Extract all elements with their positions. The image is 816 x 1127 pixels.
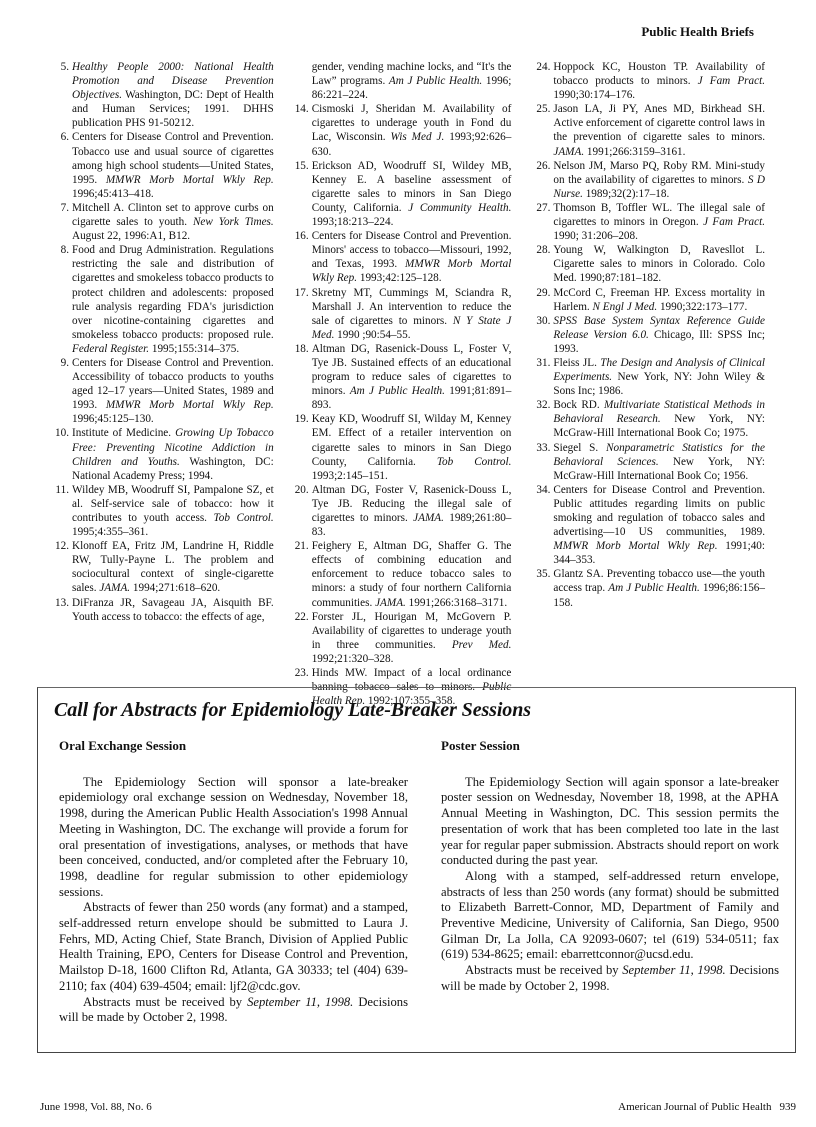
oral-session-column: Oral Exchange Session The Epidemiology S… (59, 738, 408, 1026)
poster-paragraph-1: The Epidemiology Section will again spon… (441, 775, 779, 869)
reference-item: 17.Skretny MT, Cummings M, Sciandra R, M… (292, 286, 512, 342)
reference-number: 34. (533, 483, 550, 497)
reference-text: 1995;155:314–375. (149, 343, 239, 355)
reference-item: 22.Forster JL, Hourigan M, McGovern P. A… (292, 610, 512, 666)
reference-text: 1994;271:618–620. (130, 582, 220, 594)
reference-item: 18.Altman DG, Rasenick-Douss L, Foster V… (292, 342, 512, 412)
reference-source: J Fam Pract. (698, 75, 765, 87)
reference-source: JAMA. (375, 597, 406, 609)
reference-source: MMWR Morb Mortal Wkly Rep. (106, 399, 274, 411)
reference-number: 5. (52, 60, 69, 74)
reference-number: 33. (533, 441, 550, 455)
reference-text: 1990; 31:206–208. (553, 230, 638, 242)
deadline-date: September 11, 1998. (622, 963, 726, 977)
reference-number: 6. (52, 130, 69, 144)
oral-session-heading: Oral Exchange Session (59, 738, 408, 754)
reference-number: 21. (292, 539, 309, 553)
journal-name: American Journal of Public Health (618, 1101, 771, 1113)
reference-text: 1990 ;90:54–55. (334, 329, 410, 341)
reference-number: 12. (52, 539, 69, 553)
reference-number: 17. (292, 286, 309, 300)
reference-number: 11. (52, 483, 69, 497)
reference-number: 9. (52, 356, 69, 370)
reference-item: 24.Hoppock KC, Houston TP. Availability … (533, 60, 765, 102)
reference-number: 14. (292, 102, 309, 116)
reference-list: 5.Healthy People 2000: National Health P… (52, 60, 765, 708)
reference-item: 5.Healthy People 2000: National Health P… (52, 60, 274, 130)
reference-number: 31. (533, 356, 550, 370)
reference-source: Am J Public Health. (389, 75, 482, 87)
reference-source: JAMA. (99, 582, 130, 594)
reference-text: DiFranza JR, Savageau JA, Aisquith BF. Y… (72, 597, 274, 623)
oral-paragraph-2: Abstracts of fewer than 250 words (any f… (59, 900, 408, 994)
reference-item: 11.Wildey MB, Woodruff SI, Pampalone SZ,… (52, 483, 274, 539)
reference-text: August 22, 1996:A1, B12. (72, 230, 190, 242)
reference-number: 19. (292, 412, 309, 426)
reference-item: 29.McCord C, Freeman HP. Excess mortalit… (533, 286, 765, 314)
poster-paragraph-3: Abstracts must be received by September … (441, 963, 779, 994)
reference-text: Siegel S. (553, 442, 606, 454)
reference-item: 12.Klonoff EA, Fritz JM, Landrine H, Rid… (52, 539, 274, 595)
reference-item: 15.Erickson AD, Woodruff SI, Wildey MB, … (292, 159, 512, 229)
reference-text: Institute of Medicine. (72, 427, 175, 439)
reference-text: 1995;4:355–361. (72, 526, 148, 538)
page-number: 939 (780, 1101, 797, 1113)
reference-text: 1996;45:125–130. (72, 413, 154, 425)
reference-text: 1990;322:173–177. (657, 301, 747, 313)
reference-item: 35.Glantz SA. Preventing tobacco use—the… (533, 567, 765, 609)
reference-number: 7. (52, 201, 69, 215)
reference-text: 1991;266:3159–3161. (584, 146, 685, 158)
reference-number: 26. (533, 159, 550, 173)
footer-issue: June 1998, Vol. 88, No. 6 (40, 1101, 152, 1113)
reference-text: 1992;21:320–328. (312, 653, 394, 665)
reference-item: 9.Centers for Disease Control and Preven… (52, 356, 274, 426)
reference-item: 34.Centers for Disease Control and Preve… (533, 483, 765, 568)
reference-item: 20.Altman DG, Foster V, Rasenick-Douss L… (292, 483, 512, 539)
reference-source: MMWR Morb Mortal Wkly Rep. (106, 174, 274, 186)
reference-column-3: 24.Hoppock KC, Houston TP. Availability … (533, 60, 765, 708)
reference-number: 27. (533, 201, 550, 215)
reference-number: 18. (292, 342, 309, 356)
reference-item: 27.Thomson B, Toffler WL. The illegal sa… (533, 201, 765, 243)
reference-item: 7.Mitchell A. Clinton set to approve cur… (52, 201, 274, 243)
reference-number: 15. (292, 159, 309, 173)
reference-column-1: 5.Healthy People 2000: National Health P… (52, 60, 274, 708)
reference-source: New York Times. (193, 216, 274, 228)
footer-journal: American Journal of Public Health939 (618, 1101, 796, 1113)
reference-item: 13.DiFranza JR, Savageau JA, Aisquith BF… (52, 596, 274, 624)
reference-text: 1989;32(2):17–18. (583, 188, 669, 200)
reference-number: 23. (292, 666, 309, 680)
reference-item: 8.Food and Drug Administration. Regulati… (52, 243, 274, 356)
reference-number: 16. (292, 229, 309, 243)
poster-paragraph-2: Along with a stamped, self-addressed ret… (441, 869, 779, 963)
reference-source: Am J Public Health. (350, 385, 445, 397)
reference-source: J Community Health. (408, 202, 511, 214)
reference-number: 25. (533, 102, 550, 116)
reference-item: 31.Fleiss JL. The Design and Analysis of… (533, 356, 765, 398)
reference-number: 13. (52, 596, 69, 610)
reference-item: 32.Bock RD. Multivariate Statistical Met… (533, 398, 765, 440)
reference-text: Centers for Disease Control and Preventi… (553, 484, 765, 538)
deadline-date: September 11, 1998. (247, 995, 353, 1009)
reference-source: Am J Public Health. (608, 582, 700, 594)
reference-text: 1993;42:125–128. (357, 272, 442, 284)
reference-item: 25.Jason LA, Ji PY, Anes MD, Birkhead SH… (533, 102, 765, 158)
poster-session-heading: Poster Session (441, 738, 779, 754)
reference-item: 30.SPSS Base System Syntax Reference Gui… (533, 314, 765, 356)
reference-text: Bock RD. (553, 399, 604, 411)
reference-item: 16.Centers for Disease Control and Preve… (292, 229, 512, 285)
reference-text: 1993;18:213–224. (312, 216, 394, 228)
oral-paragraph-1: The Epidemiology Section will sponsor a … (59, 775, 408, 901)
announcement-box: Call for Abstracts for Epidemiology Late… (37, 687, 796, 1053)
reference-text: 1996;45:413–418. (72, 188, 154, 200)
poster-session-column: Poster Session The Epidemiology Section … (441, 738, 779, 995)
reference-source: Tob Control. (437, 456, 512, 468)
reference-number: 24. (533, 60, 550, 74)
reference-source: Federal Register. (72, 343, 149, 355)
reference-item: 21.Feighery E, Altman DG, Shaffer G. The… (292, 539, 512, 609)
reference-item: 26.Nelson JM, Marso PQ, Roby RM. Mini-st… (533, 159, 765, 201)
reference-item: 6.Centers for Disease Control and Preven… (52, 130, 274, 200)
reference-item: gender, vending machine locks, and “It's… (292, 60, 512, 102)
reference-item: 14.Cismoski J, Sheridan M. Availability … (292, 102, 512, 158)
reference-number: 35. (533, 567, 550, 581)
reference-source: JAMA. (553, 146, 584, 158)
reference-item: 10.Institute of Medicine. Growing Up Tob… (52, 426, 274, 482)
deadline-text: Abstracts must be received by (83, 995, 247, 1009)
reference-text: Food and Drug Administration. Regulation… (72, 244, 274, 341)
reference-text: 1993;2:145–151. (312, 470, 388, 482)
reference-number: 30. (533, 314, 550, 328)
reference-text: 1991;266:3168–3171. (406, 597, 507, 609)
reference-source: N Engl J Med. (593, 301, 658, 313)
reference-number: 32. (533, 398, 550, 412)
reference-source: Prev Med. (452, 639, 512, 651)
deadline-text: Abstracts must be received by (465, 963, 622, 977)
reference-text: Nelson JM, Marso PQ, Roby RM. Mini-study… (553, 160, 765, 186)
reference-number: 10. (52, 426, 69, 440)
reference-column-2: gender, vending machine locks, and “It's… (292, 60, 512, 708)
reference-source: Tob Control. (214, 512, 274, 524)
reference-number: 20. (292, 483, 309, 497)
announcement-title: Call for Abstracts for Epidemiology Late… (54, 699, 531, 722)
reference-number: 22. (292, 610, 309, 624)
reference-source: MMWR Morb Mortal Wkly Rep. (553, 540, 717, 552)
reference-item: 33.Siegel S. Nonparametric Statistics fo… (533, 441, 765, 483)
reference-text: Jason LA, Ji PY, Anes MD, Birkhead SH. A… (553, 103, 765, 143)
running-head: Public Health Briefs (641, 24, 754, 40)
reference-number: 28. (533, 243, 550, 257)
reference-text: Fleiss JL. (553, 357, 600, 369)
reference-source: Wis Med J. (391, 131, 445, 143)
oral-paragraph-3: Abstracts must be received by September … (59, 995, 408, 1026)
reference-source: J Fam Pract. (703, 216, 765, 228)
reference-text: 1990;30:174–176. (553, 89, 635, 101)
reference-number: 29. (533, 286, 550, 300)
reference-text: Young W, Walkington D, Ravesllot L. Ciga… (553, 244, 765, 284)
reference-item: 19.Keay KD, Woodruff SI, Wilday M, Kenne… (292, 412, 512, 482)
reference-number: 8. (52, 243, 69, 257)
reference-item: 28.Young W, Walkington D, Ravesllot L. C… (533, 243, 765, 285)
reference-source: JAMA. (413, 512, 444, 524)
